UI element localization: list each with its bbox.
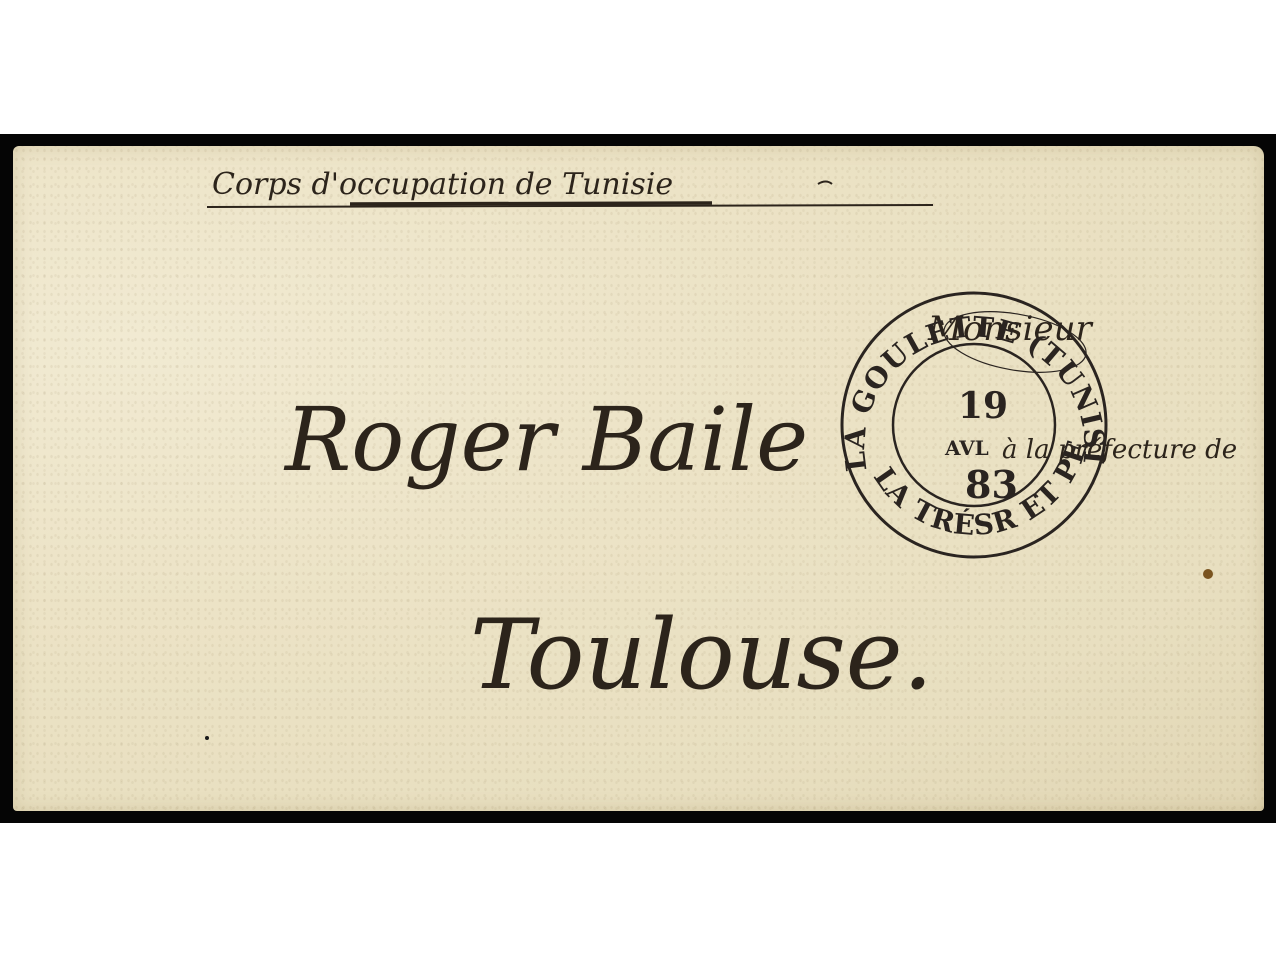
- recipient-name: Roger Baile: [283, 388, 808, 491]
- address-line2: à la préfecture de: [1002, 435, 1237, 465]
- header-annotation: Corps d'occupation de Tunisie: [207, 167, 933, 207]
- header-annotation-text: Corps d'occupation de Tunisie: [212, 167, 673, 202]
- ink-dot: [205, 736, 209, 740]
- postmark-year: 83: [965, 462, 1018, 507]
- ink-stain: [1203, 569, 1213, 579]
- recipient-city: Toulouse.: [470, 599, 933, 711]
- underline-bold: [350, 203, 712, 204]
- underline: [207, 205, 933, 207]
- postmark-day: 19: [958, 385, 1008, 427]
- envelope-markings: Corps d'occupation de Tunisie Monsieur R…: [0, 0, 1276, 956]
- postmark-month: AVL: [944, 436, 989, 460]
